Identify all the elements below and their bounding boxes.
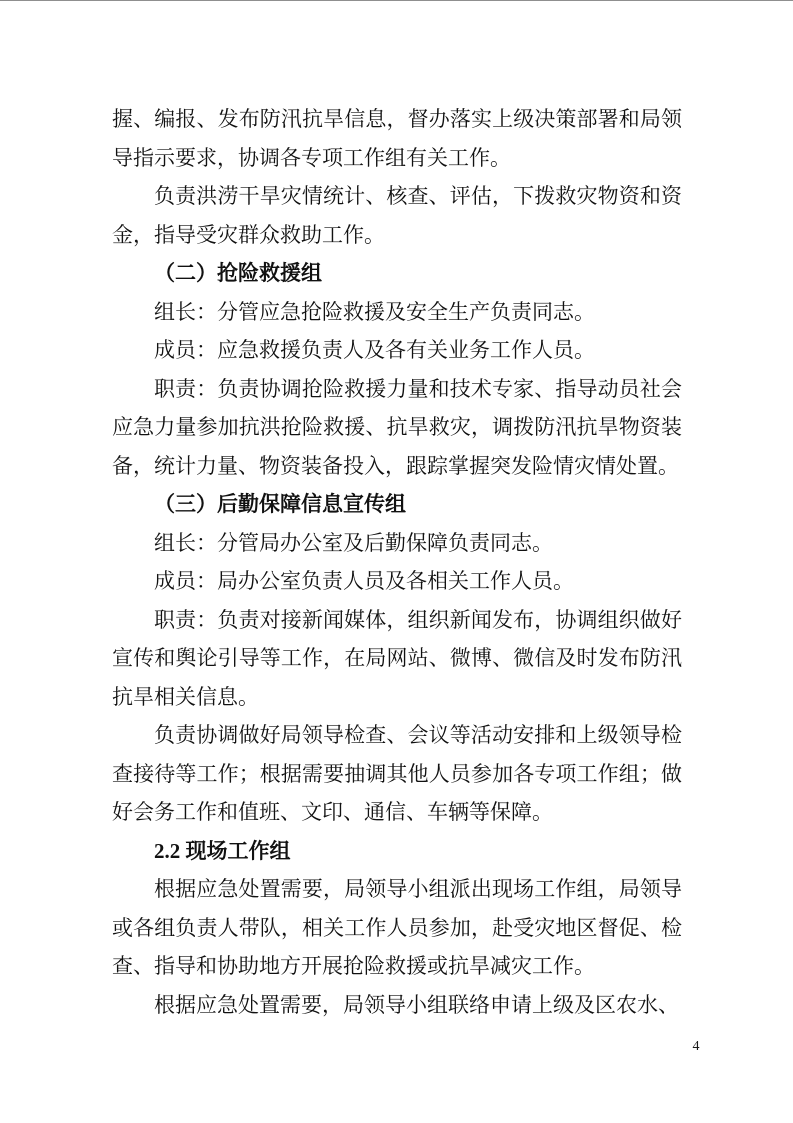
body-paragraph: 职责：负责对接新闻媒体，组织新闻发布，协调组织做好宣传和舆论引导等工作，在局网站…: [112, 601, 682, 717]
document-body: 握、编报、发布防汛抗旱信息，督办落实上级决策部署和局领导指示要求，协调各专项工作…: [112, 100, 682, 1024]
body-paragraph: 根据应急处置需要，局领导小组派出现场工作组，局领导或各组负责人带队，相关工作人员…: [112, 870, 682, 986]
body-paragraph: 职责：负责协调抢险救援力量和技术专家、指导动员社会应急力量参加抗洪抢险救援、抗旱…: [112, 370, 682, 486]
document-page: 握、编报、发布防汛抗旱信息，督办落实上级决策部署和局领导指示要求，协调各专项工作…: [0, 0, 793, 1123]
body-paragraph: 负责协调做好局领导检查、会议等活动安排和上级领导检查接待等工作；根据需要抽调其他…: [112, 716, 682, 832]
section-heading-2: （二）抢险救援组: [112, 254, 682, 293]
subsection-heading-2-2: 2.2 现场工作组: [112, 832, 682, 871]
body-paragraph: 成员：应急救援负责人及各有关业务工作人员。: [112, 331, 682, 370]
body-paragraph: 组长：分管局办公室及后勤保障负责同志。: [112, 524, 682, 563]
body-paragraph: 负责洪涝干旱灾情统计、核查、评估，下拨救灾物资和资金，指导受灾群众救助工作。: [112, 177, 682, 254]
body-paragraph: 成员：局办公室负责人员及各相关工作人员。: [112, 562, 682, 601]
section-heading-3: （三）后勤保障信息宣传组: [112, 485, 682, 524]
body-paragraph: 握、编报、发布防汛抗旱信息，督办落实上级决策部署和局领导指示要求，协调各专项工作…: [112, 100, 682, 177]
body-paragraph: 根据应急处置需要，局领导小组联络申请上级及区农水、: [112, 986, 682, 1025]
body-paragraph: 组长：分管应急抢险救援及安全生产负责同志。: [112, 293, 682, 332]
page-number: 4: [686, 1038, 706, 1056]
